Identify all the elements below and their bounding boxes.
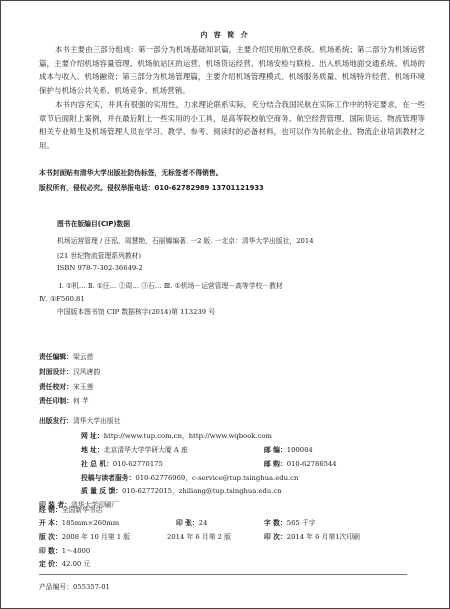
copyright-page: 内 容 简 介 本书主要由三部分组成：第一部分为机场基础知识篇，主要介绍民用航空… bbox=[0, 0, 450, 609]
product-number-label: 产品编号： bbox=[39, 583, 73, 591]
publisher-label: 出版发行： bbox=[39, 417, 73, 425]
staff-cover-value: 汉风唐韵 bbox=[73, 368, 100, 376]
switchboard-value: 010-62770175 bbox=[113, 460, 163, 468]
edition-1-value: 2008 年 10 月第 1 版 bbox=[62, 533, 130, 541]
words-value: 565 千字 bbox=[287, 519, 316, 527]
quality-feedback-row: 质 量 反 馈：010-62772015，zhiliang@tup.tsingh… bbox=[81, 485, 282, 495]
price-value: 42.00 元 bbox=[62, 560, 90, 568]
cip-line: 机场运营管理 / 汪泓，周慧艳，石丽娜编著. 一2 版. 一北京：清华大学出版社… bbox=[57, 235, 314, 245]
staff-editor: 责任编辑：梁云慈 bbox=[39, 351, 93, 361]
publisher-row: 出版发行：清华大学出版社 bbox=[39, 415, 121, 425]
switchboard-row: 社 总 机：010-62770175 bbox=[81, 458, 163, 468]
sheets-value: 24 bbox=[199, 519, 208, 527]
copies-row: 印 数：1～4000 bbox=[39, 545, 90, 555]
staff-printing-value: 何 芊 bbox=[73, 397, 89, 405]
copies-label: 印 数： bbox=[39, 547, 62, 555]
mail-order-value: 010-62786544 bbox=[287, 460, 337, 468]
summary-paragraph-1: 本书主要由三部分组成：第一部分为机场基础知识篇，主要介绍民用航空系统、机场系统；… bbox=[39, 43, 425, 97]
cip-classification-2: Ⅳ. ①F560.81 bbox=[39, 295, 85, 303]
copyright-notice: 版权所有，侵权必究。侵权举报电话：010-62782989 1370112193… bbox=[39, 182, 264, 192]
edition-2: 2014 年 6 月第 2 版 bbox=[167, 531, 231, 541]
publisher-value: 清华大学出版社 bbox=[73, 417, 121, 425]
reader-service-label: 投稿与读者服务： bbox=[81, 474, 135, 482]
staff-proofreader-label: 责任校对： bbox=[39, 383, 73, 391]
impression-row: 印 次：2014 年 6 月第1次印刷 bbox=[264, 531, 360, 541]
cip-classification-1: Ⅰ. ①机… Ⅱ. ①汪… ②周… ③石… Ⅲ. ①机场－运营管理－高等学校－教… bbox=[59, 280, 283, 290]
quality-label: 质 量 反 馈： bbox=[81, 487, 122, 495]
product-number-value: 055357-01 bbox=[73, 583, 110, 591]
postcode-label: 邮 编： bbox=[264, 446, 287, 454]
website-row: 网 址：http://www.tup.com.cn，http://www.wqb… bbox=[81, 430, 272, 440]
postcode-row: 邮 编：100084 bbox=[264, 444, 313, 454]
reader-service-value: 010-62776969，c-service@tup.tsinghua.edu.… bbox=[135, 474, 298, 482]
sheets-label: 印 张： bbox=[176, 519, 199, 527]
website-value: http://www.tup.com.cn，http://www.wqbook.… bbox=[104, 432, 272, 440]
copies-value: 1～4000 bbox=[62, 547, 90, 555]
divider-line bbox=[39, 574, 407, 575]
format-label: 开 本： bbox=[39, 519, 62, 527]
sheets-row: 印 张：24 bbox=[176, 517, 207, 527]
summary-paragraph-2: 本书内容充实，并具有很强的实用性，力求理论联系实际，充分结合我国民航在实际工作中… bbox=[39, 98, 425, 152]
staff-printing-label: 责任印制： bbox=[39, 397, 73, 405]
impression-value: 2014 年 6 月第1次印刷 bbox=[287, 533, 360, 541]
format-row: 开 本：185mm×260mm bbox=[39, 517, 119, 527]
staff-proofreader: 责任校对：宋玉莲 bbox=[39, 381, 93, 391]
staff-printing: 责任印制：何 芊 bbox=[39, 395, 89, 405]
cip-core-number: 中国版本图书馆 CIP 数据核字(2014)第 113239 号 bbox=[57, 306, 215, 316]
reader-service-row: 投稿与读者服务：010-62776969，c-service@tup.tsing… bbox=[81, 472, 298, 482]
distributor-row: 经 销：全国新华书店 bbox=[39, 504, 103, 514]
switchboard-label: 社 总 机： bbox=[81, 460, 113, 468]
staff-proofreader-value: 宋玉莲 bbox=[73, 383, 93, 391]
edition-row: 版 次：2008 年 10 月第 1 版 bbox=[39, 531, 130, 541]
staff-cover-label: 封面设计： bbox=[39, 368, 73, 376]
impression-label: 印 次： bbox=[264, 533, 287, 541]
words-label: 字 数： bbox=[264, 519, 287, 527]
staff-cover-design: 封面设计：汉风唐韵 bbox=[39, 366, 100, 376]
staff-editor-label: 责任编辑： bbox=[39, 353, 73, 361]
address-label: 地 址： bbox=[81, 446, 104, 454]
product-number-row: 产品编号：055357-01 bbox=[39, 581, 110, 591]
summary-title: 内 容 简 介 bbox=[1, 30, 449, 40]
quality-value: 010-62772015，zhiliang@tup.tsinghua.edu.c… bbox=[122, 487, 282, 495]
cip-series: (21 世纪物流管理系列教材) bbox=[57, 250, 141, 260]
distributor-value: 全国新华书店 bbox=[62, 506, 103, 514]
website-label: 网 址： bbox=[81, 432, 104, 440]
mail-order-row: 邮 购：010-62786544 bbox=[264, 458, 337, 468]
price-row: 定 价：42.00 元 bbox=[39, 558, 90, 568]
cip-heading: 图书在版编目(CIP)数据 bbox=[57, 218, 130, 228]
distributor-label: 经 销： bbox=[39, 506, 62, 514]
format-value: 185mm×260mm bbox=[62, 519, 119, 527]
address-row: 地 址：北京清华大学学研大厦 A 座 bbox=[81, 444, 188, 454]
postcode-value: 100084 bbox=[287, 446, 313, 454]
mail-order-label: 邮 购： bbox=[264, 460, 287, 468]
edition-label: 版 次： bbox=[39, 533, 62, 541]
staff-editor-value: 梁云慈 bbox=[73, 353, 93, 361]
words-row: 字 数：565 千字 bbox=[264, 517, 316, 527]
cip-isbn: ISBN 978-7-302-36649-2 bbox=[57, 264, 143, 272]
anti-counterfeit-notice: 本书封面贴有清华大学出版社防伪标签，无标签者不得销售。 bbox=[39, 167, 223, 177]
price-label: 定 价： bbox=[39, 560, 62, 568]
address-value: 北京清华大学学研大厦 A 座 bbox=[104, 446, 188, 454]
